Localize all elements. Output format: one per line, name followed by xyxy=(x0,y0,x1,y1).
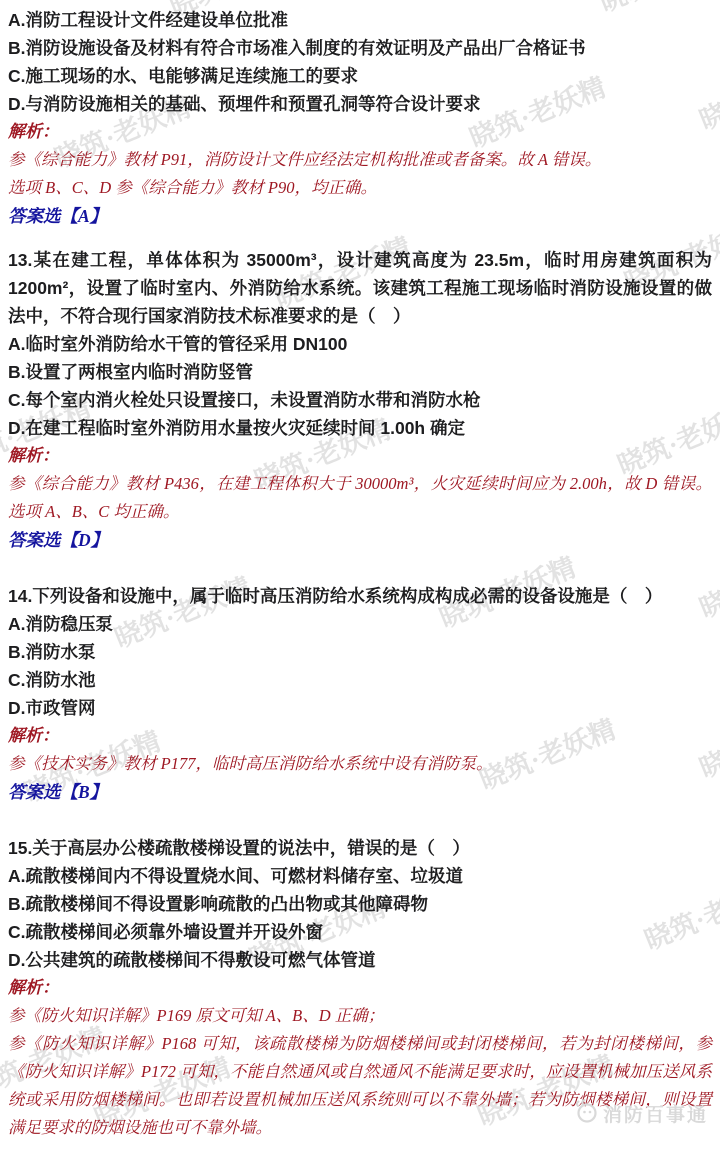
q15-analysis-1: 参《防火知识详解》P169 原文可知 A、B、D 正确； xyxy=(8,1002,712,1030)
q13-analysis-1: 参《综合能力》教材 P436，在建工程体积大于 30000m³，火灾延续时间应为… xyxy=(8,470,712,526)
q13-analysis-label: 解析： xyxy=(8,442,712,470)
q14-analysis-label: 解析： xyxy=(8,722,712,750)
q13-title: 13.某在建工程，单体体积为 35000m³，设计建筑高度为 23.5m，临时用… xyxy=(8,246,712,330)
footer-logo-icon xyxy=(573,1098,599,1129)
q12-analysis-label: 解析： xyxy=(8,118,712,146)
q15-option-b: B.疏散楼梯间不得设置影响疏散的凸出物或其他障碍物 xyxy=(8,890,712,918)
q14-option-a: A.消防稳压泵 xyxy=(8,610,712,638)
footer-logo: 消防百事通 xyxy=(573,1098,708,1129)
exam-content: A.消防工程设计文件经建设单位批准B.消防设施设备及材料有符合市场准入制度的有效… xyxy=(8,6,712,1142)
exam-document-page: 晓筑·老妖精晓筑·老妖精晓筑·老妖精晓筑·老妖精晓筑·老妖精晓筑·老妖精晓筑·老… xyxy=(0,0,720,1151)
q14-option-d: D.市政管网 xyxy=(8,694,712,722)
q15-option-c: C.疏散楼梯间必须靠外墙设置并开设外窗 xyxy=(8,918,712,946)
q14-option-c: C.消防水池 xyxy=(8,666,712,694)
q12-option-c: C.施工现场的水、电能够满足连续施工的要求 xyxy=(8,62,712,90)
q12-option-b: B.消防设施设备及材料有符合市场准入制度的有效证明及产品出厂合格证书 xyxy=(8,34,712,62)
q14-option-b: B.消防水泵 xyxy=(8,638,712,666)
q15-analysis-label: 解析： xyxy=(8,974,712,1002)
q14-answer: 答案选【B】 xyxy=(8,778,712,806)
q12-option-a: A.消防工程设计文件经建设单位批准 xyxy=(8,6,712,34)
q13-option-b: B.设置了两根室内临时消防竖管 xyxy=(8,358,712,386)
q14-analysis-1: 参《技术实务》教材 P177，临时高压消防给水系统中设有消防泵。 xyxy=(8,750,712,778)
q13-option-c: C.每个室内消火栓处只设置接口，未设置消防水带和消防水枪 xyxy=(8,386,712,414)
q15-option-d: D.公共建筑的疏散楼梯间不得敷设可燃气体管道 xyxy=(8,946,712,974)
q15-title: 15.关于高层办公楼疏散楼梯设置的说法中，错误的是（ ） xyxy=(8,834,712,862)
q13-option-a: A.临时室外消防给水干管的管径采用 DN100 xyxy=(8,330,712,358)
footer-logo-text: 消防百事通 xyxy=(603,1100,708,1127)
q13-option-d: D.在建工程临时室外消防用水量按火灾延续时间 1.00h 确定 xyxy=(8,414,712,442)
q14-title: 14.下列设备和设施中，属于临时高压消防给水系统构成构成必需的设备设施是（ ） xyxy=(8,582,712,610)
q13-answer: 答案选【D】 xyxy=(8,526,712,554)
q12-answer: 答案选【A】 xyxy=(8,202,712,230)
q12-analysis-2: 选项 B、C、D 参《综合能力》教材 P90，均正确。 xyxy=(8,174,712,202)
q12-option-d: D.与消防设施相关的基础、预埋件和预置孔洞等符合设计要求 xyxy=(8,90,712,118)
q12-analysis-1: 参《综合能力》教材 P91，消防设计文件应经法定机构批准或者备案。故 A 错误。 xyxy=(8,146,712,174)
q15-option-a: A.疏散楼梯间内不得设置烧水间、可燃材料储存室、垃圾道 xyxy=(8,862,712,890)
